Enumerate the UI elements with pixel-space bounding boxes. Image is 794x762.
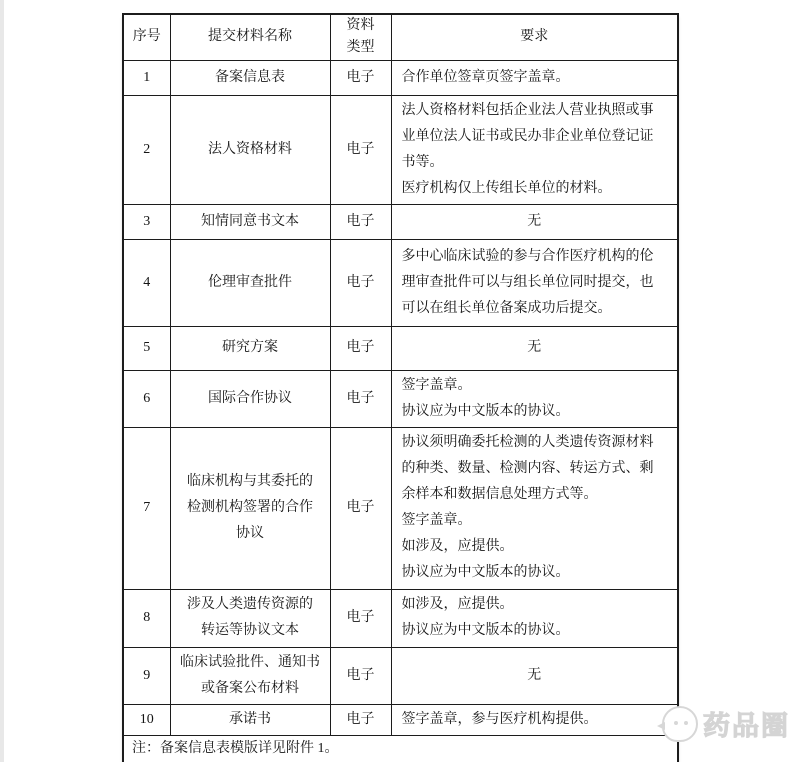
document-page: 序号 提交材料名称 资料 类型 要求 1 备案信息表 电子 合作单位签章页签字盖… <box>0 0 794 762</box>
cell-requirements: 无 <box>391 326 678 370</box>
cell-serial-number: 2 <box>123 95 170 204</box>
table-row: 4 伦理审查批件 电子 多中心临床试验的参与合作医疗机构的伦理审查批件可以与组长… <box>123 239 678 326</box>
cell-requirements: 无 <box>391 204 678 239</box>
cell-serial-number: 9 <box>123 647 170 704</box>
cell-serial-number: 4 <box>123 239 170 326</box>
header-col-material-type: 资料 类型 <box>330 14 391 60</box>
table-row: 5 研究方案 电子 无 <box>123 326 678 370</box>
header-col-serial-number: 序号 <box>123 14 170 60</box>
cell-material-name: 法人资格材料 <box>170 95 330 204</box>
cell-material-type: 电子 <box>330 204 391 239</box>
cell-serial-number: 3 <box>123 204 170 239</box>
cell-requirements: 合作单位签章页签字盖章。 <box>391 60 678 95</box>
cell-material-name: 涉及人类遗传资源的 转运等协议文本 <box>170 589 330 647</box>
table-note-row: 注：备案信息表模版详见附件 1。 <box>123 735 678 762</box>
table-header-row: 序号 提交材料名称 资料 类型 要求 <box>123 14 678 60</box>
cell-material-name: 临床试验批件、通知书 或备案公布材料 <box>170 647 330 704</box>
cell-requirements: 如涉及，应提供。 协议应为中文版本的协议。 <box>391 589 678 647</box>
cell-serial-number: 10 <box>123 704 170 735</box>
cell-material-name: 研究方案 <box>170 326 330 370</box>
cell-material-name: 国际合作协议 <box>170 370 330 427</box>
header-col-requirements: 要求 <box>391 14 678 60</box>
cell-serial-number: 1 <box>123 60 170 95</box>
cell-requirements: 法人资格材料包括企业法人营业执照或事业单位法人证书或民办非企业单位登记证书等。 … <box>391 95 678 204</box>
cell-material-type: 电子 <box>330 60 391 95</box>
cell-material-type: 电子 <box>330 647 391 704</box>
cell-serial-number: 7 <box>123 427 170 589</box>
cell-material-type: 电子 <box>330 370 391 427</box>
cell-material-type: 电子 <box>330 589 391 647</box>
cell-material-name: 备案信息表 <box>170 60 330 95</box>
table-row: 1 备案信息表 电子 合作单位签章页签字盖章。 <box>123 60 678 95</box>
page-edge-strip <box>0 0 4 762</box>
header-col-material-name: 提交材料名称 <box>170 14 330 60</box>
cell-material-type: 电子 <box>330 95 391 204</box>
cell-material-name: 伦理审查批件 <box>170 239 330 326</box>
table-row: 3 知情同意书文本 电子 无 <box>123 204 678 239</box>
watermark-label: 药品圈 <box>703 704 790 743</box>
cell-requirements: 无 <box>391 647 678 704</box>
table-note: 注：备案信息表模版详见附件 1。 <box>123 735 678 762</box>
cell-material-type: 电子 <box>330 239 391 326</box>
cell-serial-number: 8 <box>123 589 170 647</box>
materials-table: 序号 提交材料名称 资料 类型 要求 1 备案信息表 电子 合作单位签章页签字盖… <box>122 13 679 762</box>
cell-requirements: 多中心临床试验的参与合作医疗机构的伦理审查批件可以与组长单位同时提交，也可以在组… <box>391 239 678 326</box>
table-row: 9 临床试验批件、通知书 或备案公布材料 电子 无 <box>123 647 678 704</box>
cell-material-type: 电子 <box>330 326 391 370</box>
cell-requirements: 协议须明确委托检测的人类遗传资源材料的种类、数量、检测内容、转运方式、剩余样本和… <box>391 427 678 589</box>
cell-material-type: 电子 <box>330 704 391 735</box>
table-row: 8 涉及人类遗传资源的 转运等协议文本 电子 如涉及，应提供。 协议应为中文版本… <box>123 589 678 647</box>
cell-material-name: 临床机构与其委托的 检测机构签署的合作 协议 <box>170 427 330 589</box>
cell-requirements: 签字盖章，参与医疗机构提供。 <box>391 704 678 735</box>
cell-serial-number: 5 <box>123 326 170 370</box>
table-row: 6 国际合作协议 电子 签字盖章。 协议应为中文版本的协议。 <box>123 370 678 427</box>
table-row: 7 临床机构与其委托的 检测机构签署的合作 协议 电子 协议须明确委托检测的人类… <box>123 427 678 589</box>
cell-material-name: 知情同意书文本 <box>170 204 330 239</box>
cell-requirements: 签字盖章。 协议应为中文版本的协议。 <box>391 370 678 427</box>
cell-material-name: 承诺书 <box>170 704 330 735</box>
cell-material-type: 电子 <box>330 427 391 589</box>
table-row: 10 承诺书 电子 签字盖章，参与医疗机构提供。 <box>123 704 678 735</box>
yaopinquan-watermark: 药品圈 <box>662 704 790 743</box>
cell-serial-number: 6 <box>123 370 170 427</box>
table-row: 2 法人资格材料 电子 法人资格材料包括企业法人营业执照或事业单位法人证书或民办… <box>123 95 678 204</box>
